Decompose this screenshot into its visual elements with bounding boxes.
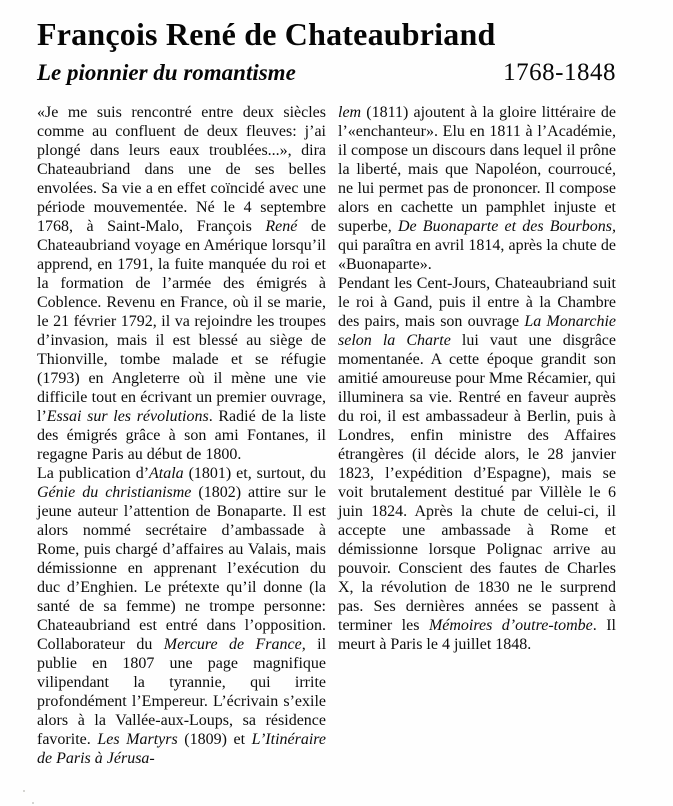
text-run: «Je me suis rencontré entre deux siècles… bbox=[37, 104, 326, 235]
document-page: François René de Chateaubriand Le pionni… bbox=[0, 0, 673, 806]
page-subtitle: Le pionnier du romantisme bbox=[37, 60, 296, 86]
paragraph: lem (1811) ajoutent à la gloire littérai… bbox=[338, 103, 616, 274]
text-column: «Je me suis rencontré entre deux siècles… bbox=[37, 103, 326, 768]
text-run: lui vaut une disgrâce momentanée. A cett… bbox=[338, 332, 616, 634]
text-run: (1811) ajoutent à la gloire littéraire d… bbox=[338, 104, 616, 235]
text-run: de Chateaubriand voyage en Amérique lors… bbox=[37, 218, 326, 425]
text-run: Atala bbox=[149, 465, 184, 482]
text-run: Essai sur les révolutions bbox=[47, 408, 209, 425]
text-run: qui paraîtra en avril 1814, après la chu… bbox=[338, 237, 616, 273]
text-run: La publication d’ bbox=[37, 465, 149, 482]
text-run: Mémoires d’outre-tombe bbox=[429, 617, 593, 634]
scan-speck bbox=[23, 790, 25, 792]
text-run: René bbox=[265, 218, 297, 235]
text-run: De Buonaparte et des Bourbons, bbox=[398, 218, 616, 235]
article-body: «Je me suis rencontré entre deux siècles… bbox=[37, 103, 616, 768]
text-run: Mercure de France, bbox=[164, 636, 306, 653]
paragraph: La publication d’Atala (1801) et, surtou… bbox=[37, 464, 326, 768]
text-run: lem bbox=[338, 104, 361, 121]
paragraph: «Je me suis rencontré entre deux siècles… bbox=[37, 103, 326, 464]
page-title: François René de Chateaubriand bbox=[37, 16, 616, 53]
paragraph: Pendant les Cent-Jours, Chateaubriand su… bbox=[338, 274, 616, 654]
text-run: Génie du christianisme bbox=[37, 484, 191, 501]
life-dates: 1768-1848 bbox=[503, 59, 616, 87]
text-run: (1809) et bbox=[178, 731, 252, 748]
text-column: lem (1811) ajoutent à la gloire littérai… bbox=[338, 103, 616, 654]
text-run: (1801) et, surtout, du bbox=[184, 465, 326, 482]
subtitle-row: Le pionnier du romantisme 1768-1848 bbox=[37, 59, 616, 87]
text-run: (1802) attire sur le jeune auteur l’atte… bbox=[37, 484, 326, 653]
text-run: Les Martyrs bbox=[97, 731, 177, 748]
scan-speck bbox=[32, 802, 34, 804]
